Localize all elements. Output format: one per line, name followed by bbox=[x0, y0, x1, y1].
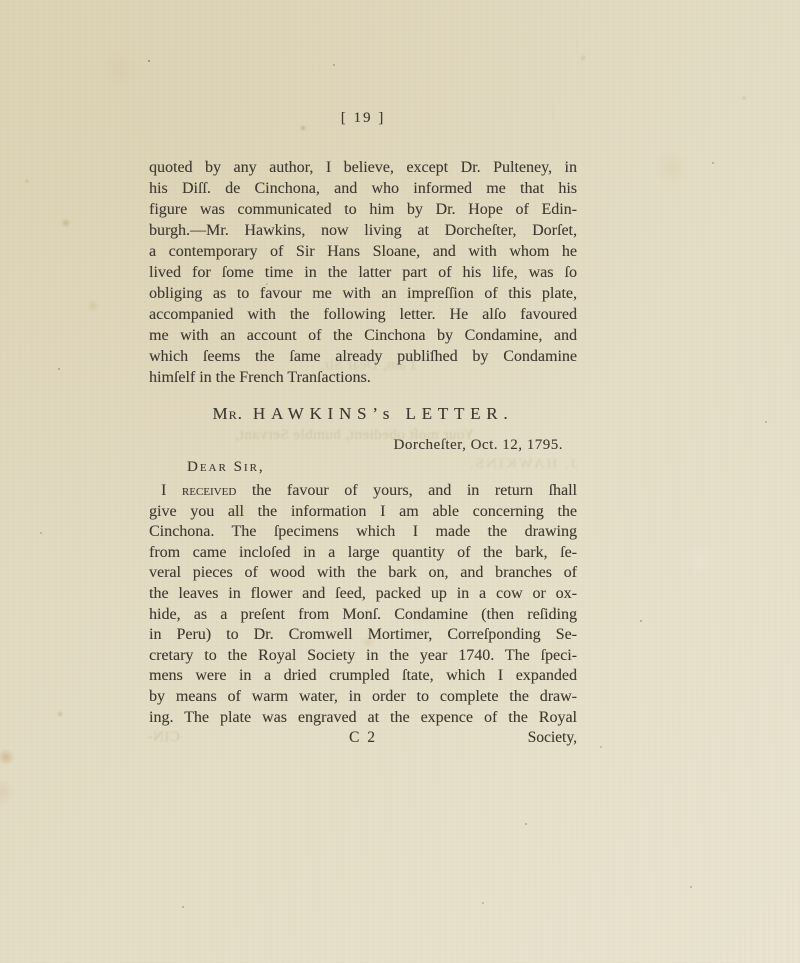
letter-heading: Mr.HAWKINS’s LETTER. bbox=[149, 404, 577, 424]
page-number: [ 19 ] bbox=[149, 110, 577, 127]
text-line: the leaves in flower and ſeed, packed up… bbox=[149, 584, 577, 605]
text-line: Cinchona. The ſpecimens which I made the… bbox=[149, 522, 577, 543]
letter-salutation: Dear Sir, bbox=[149, 459, 615, 476]
text-line: a contemporary of Sir Hans Sloane, and w… bbox=[149, 241, 577, 262]
text-line: himſelf in the French Tranſactions. bbox=[149, 367, 577, 388]
intro-paragraph: quoted by any author, I believe, except … bbox=[149, 157, 577, 388]
text-line: hide, as a preſent from Monſ. Condamine … bbox=[149, 605, 577, 626]
text-line: mens were in a dried crumpled ſtate, whi… bbox=[149, 666, 577, 687]
letter-opening-rest: the favour of yours, and in return ſhall bbox=[252, 482, 577, 499]
paper-background: I am, Dear Sir, Your moſt obedient, humb… bbox=[0, 0, 800, 963]
text-line: veral pieces of wood with the bark on, a… bbox=[149, 563, 577, 584]
text-line: burgh.—Mr. Hawkins, now living at Dorche… bbox=[149, 220, 577, 241]
text-line: ing. The plate was engraved at the expen… bbox=[149, 708, 577, 729]
text-line: in Peru) to Dr. Cromwell Mortimer, Corre… bbox=[149, 625, 577, 646]
text-line: cretary to the Royal Society in the year… bbox=[149, 646, 577, 667]
ink-specks bbox=[0, 0, 2, 2]
text-line: quoted by any author, I believe, except … bbox=[149, 157, 577, 178]
letter-dateline: Dorcheſter, Oct. 12, 1795. bbox=[149, 437, 577, 454]
signature-mark: C 2 bbox=[349, 729, 377, 747]
scanned-book-page: { "colors": { "paper": "#e4ddc5", "ink":… bbox=[0, 0, 800, 963]
letter-opening-smallcaps: received bbox=[182, 482, 236, 499]
letter-opening-word: I bbox=[161, 482, 166, 499]
page-footer: C 2 Society, bbox=[149, 729, 577, 750]
letter-heading-prefix: Mr. bbox=[213, 404, 243, 423]
letter-heading-word: LETTER. bbox=[405, 404, 513, 423]
text-line: obliging as to favour me with an impreſſ… bbox=[149, 283, 577, 304]
text-line: lived for ſome time in the latter part o… bbox=[149, 262, 577, 283]
text-line: his Diſſ. de Cinchona, and who informed … bbox=[149, 178, 577, 199]
letter-body: I received the favour of yours, and in r… bbox=[149, 481, 577, 728]
text-line: give you all the information I am able c… bbox=[149, 502, 577, 523]
letter-opening-line: I received the favour of yours, and in r… bbox=[149, 481, 577, 502]
text-line: which ſeems the ſame already publiſhed b… bbox=[149, 346, 577, 367]
text-line: accompanied with the following letter. H… bbox=[149, 304, 577, 325]
text-line: figure was communicated to him by Dr. Ho… bbox=[149, 199, 577, 220]
catchword: Society, bbox=[528, 729, 577, 747]
text-line: from came incloſed in a large quantity o… bbox=[149, 543, 577, 564]
text-line: me with an account of the Cinchona by Co… bbox=[149, 325, 577, 346]
text-line: by means of warm water, in order to comp… bbox=[149, 687, 577, 708]
letter-heading-name: HAWKINS’s bbox=[253, 404, 395, 423]
